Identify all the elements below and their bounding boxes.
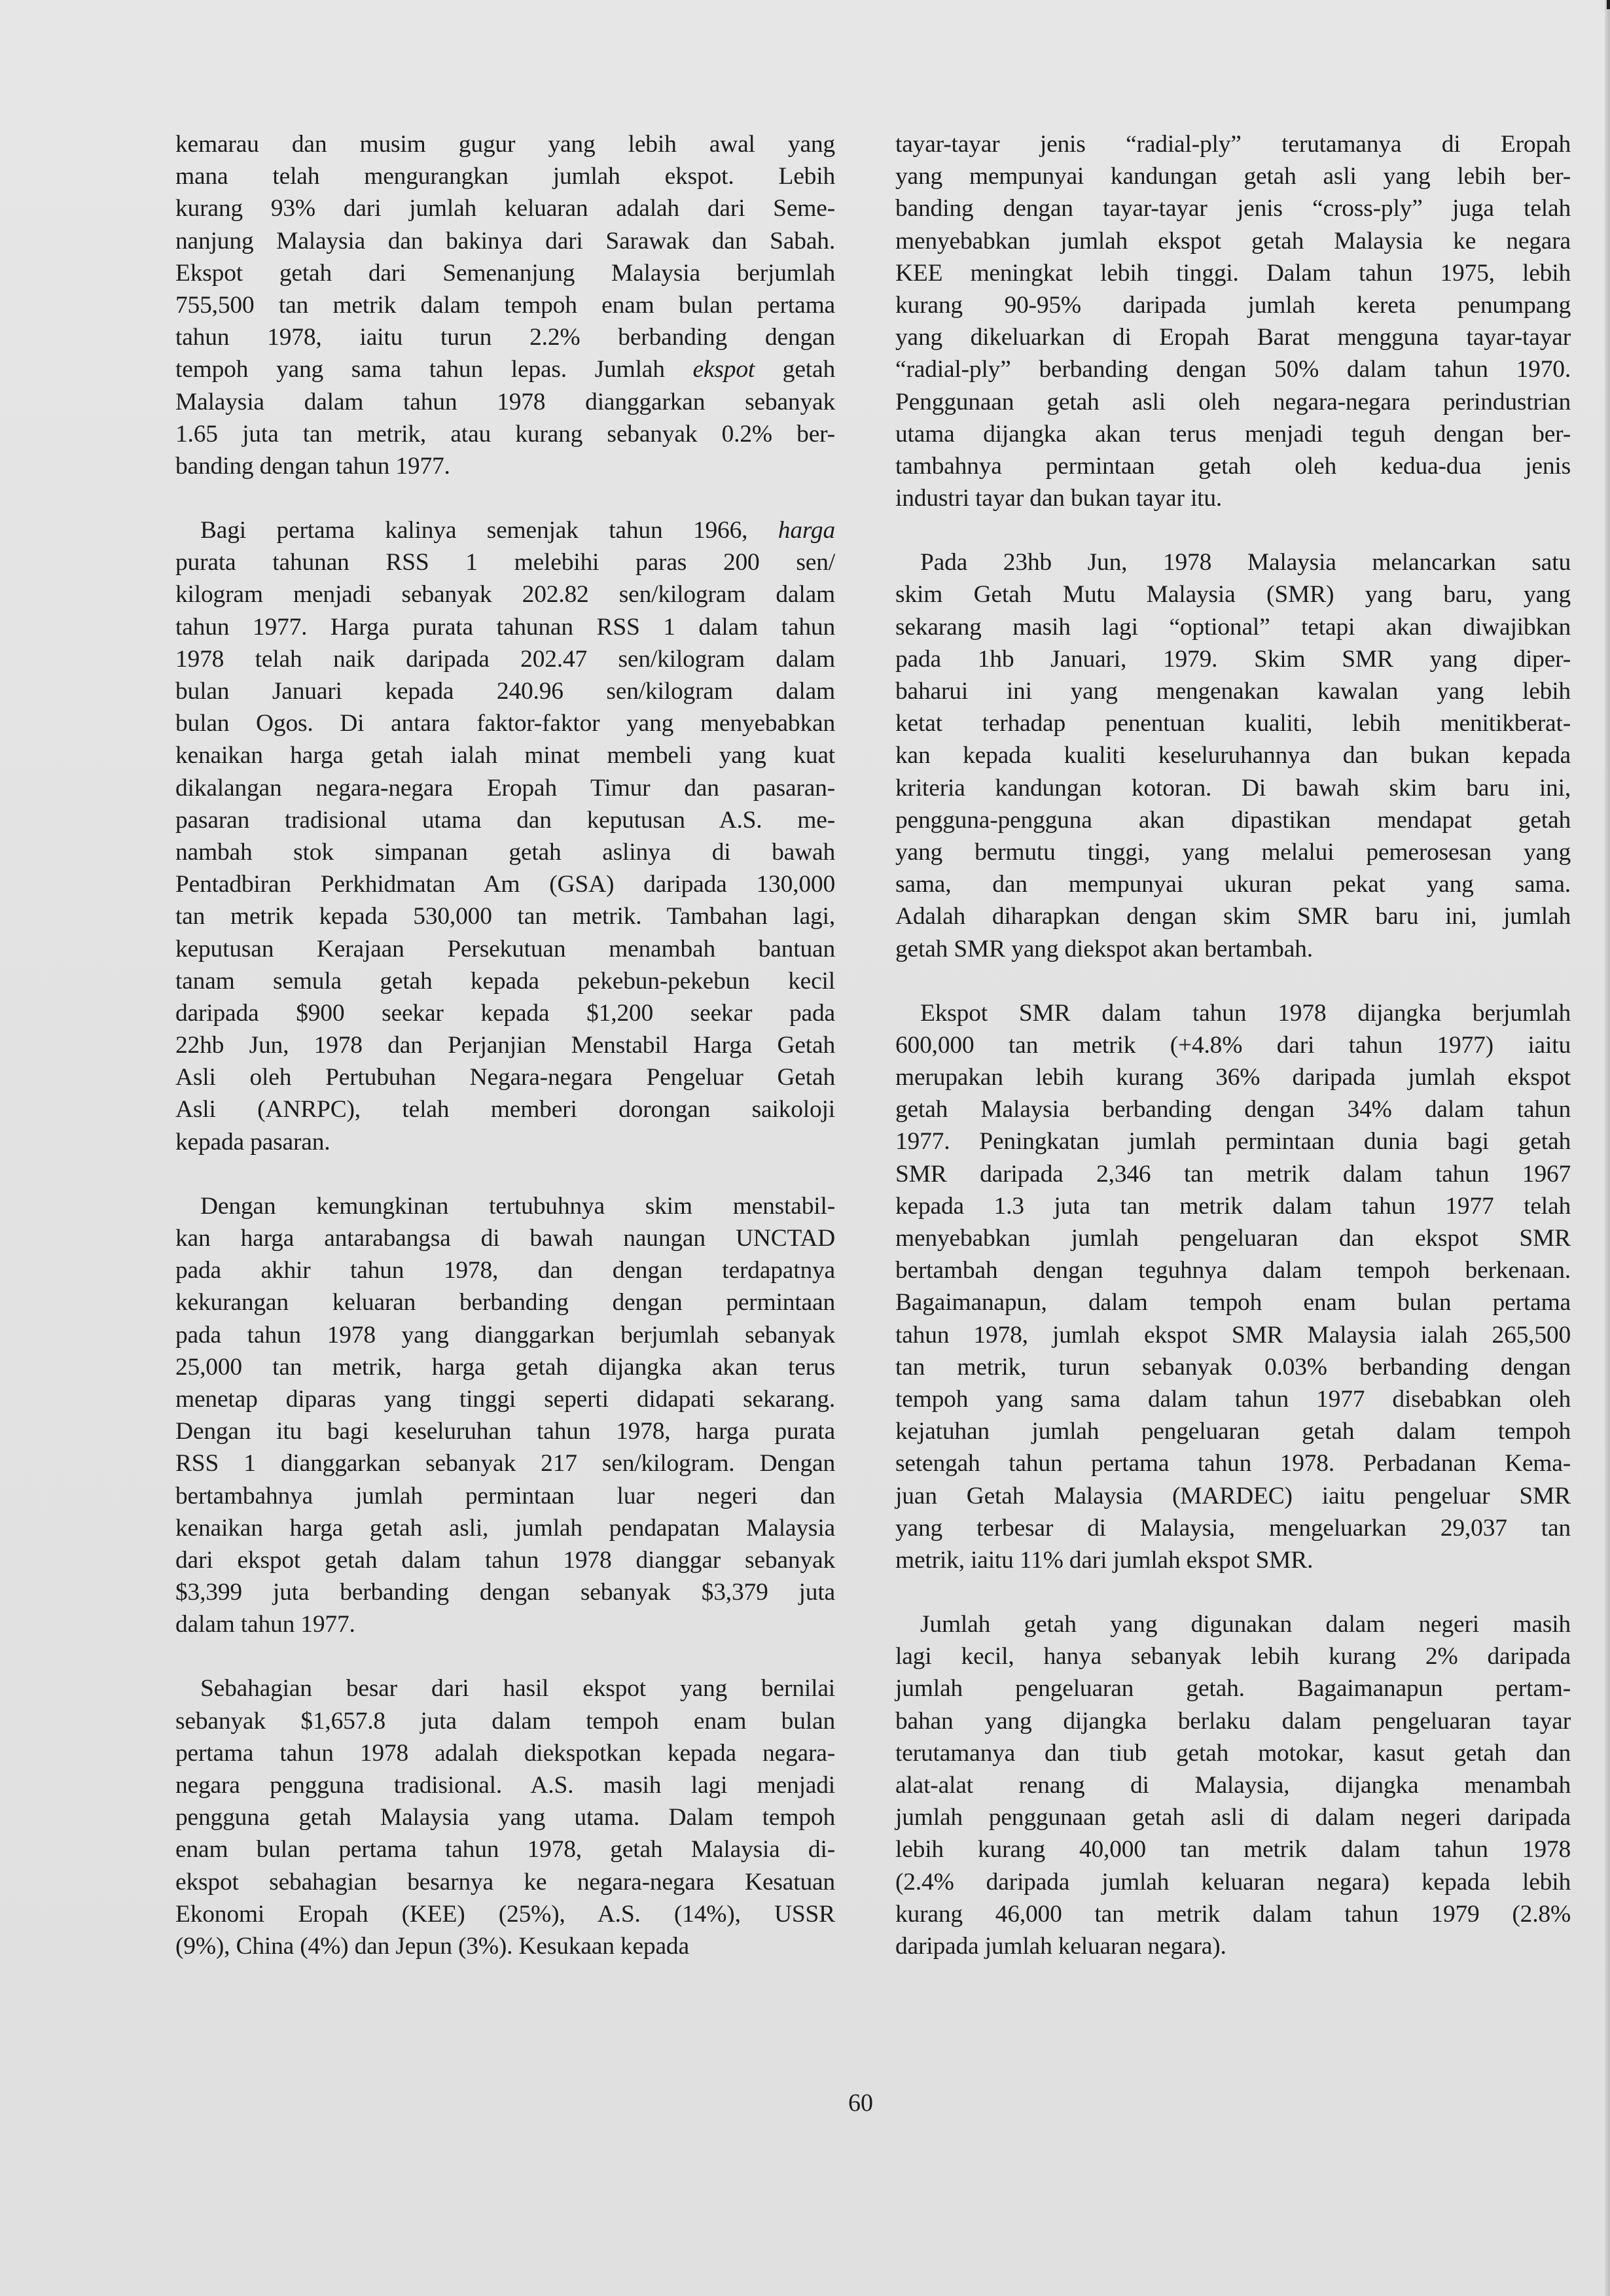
page-edge-mark <box>1607 0 1610 9</box>
text-line: tan metrik, turun sebanyak 0.03% berband… <box>895 1351 1571 1383</box>
text-line: pertama tahun 1978 adalah diekspotkan ke… <box>175 1737 835 1769</box>
text-line: kenaikan harga getah asli, jumlah pendap… <box>175 1512 835 1544</box>
text-line: Jumlah getah yang digunakan dalam negeri… <box>895 1608 1571 1640</box>
text-line: setengah tahun pertama tahun 1978. Perba… <box>895 1447 1571 1479</box>
text-line: bulan Januari kepada 240.96 sen/kilogram… <box>175 675 835 707</box>
emphasis: ekspot <box>692 356 755 383</box>
text-line: (9%), China (4%) dan Jepun (3%). Kesukaa… <box>175 1930 835 1962</box>
text-line: pengguna getah Malaysia yang utama. Dala… <box>175 1801 835 1833</box>
text-line: utama dijangka akan terus menjadi teguh … <box>895 418 1571 450</box>
text-line: kekurangan keluaran berbanding dengan pe… <box>175 1286 835 1318</box>
paragraph: Sebahagian besar dari hasil ekspot yang … <box>175 1672 835 1962</box>
text-line: tempoh yang sama dalam tahun 1977 diseba… <box>895 1383 1571 1415</box>
text-line: yang mempunyai kandungan getah asli yang… <box>895 160 1571 192</box>
text-line: 1977. Peningkatan jumlah permintaan duni… <box>895 1125 1571 1157</box>
text-line: dalam tahun 1977. <box>175 1608 835 1640</box>
text-line: kriteria kandungan kotoran. Di bawah ski… <box>895 772 1571 804</box>
text-line: bertambahnya jumlah permintaan luar nege… <box>175 1480 835 1512</box>
text-line: kemarau dan musim gugur yang lebih awal … <box>175 128 835 160</box>
text-line: kenaikan harga getah ialah minat membeli… <box>175 739 835 771</box>
text-line: kejatuhan jumlah pengeluaran getah dalam… <box>895 1415 1571 1447</box>
text-line: 600,000 tan metrik (+4.8% dari tahun 197… <box>895 1029 1571 1061</box>
text-line: metrik, iaitu 11% dari jumlah ekspot SMR… <box>895 1544 1571 1576</box>
paragraph: Pada 23hb Jun, 1978 Malaysia melancarkan… <box>895 546 1571 964</box>
text-line: Ekspot getah dari Semenanjung Malaysia b… <box>175 257 835 289</box>
text-line: dari ekspot getah dalam tahun 1978 diang… <box>175 1544 835 1576</box>
text-line: dikalangan negara-negara Eropah Timur da… <box>175 772 835 804</box>
text-line: Bagi pertama kalinya semenjak tahun 1966… <box>175 514 835 546</box>
text-line: Penggunaan getah asli oleh negara-negara… <box>895 386 1571 418</box>
emphasis: harga <box>778 517 835 544</box>
scanned-page: kemarau dan musim gugur yang lebih awal … <box>0 0 1610 2296</box>
text-line: jumlah penggunaan getah asli di dalam ne… <box>895 1801 1571 1833</box>
text-line: kurang 46,000 tan metrik dalam tahun 197… <box>895 1898 1571 1930</box>
text-line: jumlah pengeluaran getah. Bagaimanapun p… <box>895 1672 1571 1704</box>
text-line: menyebabkan jumlah pengeluaran dan ekspo… <box>895 1222 1571 1254</box>
text-line: kepada 1.3 juta tan metrik dalam tahun 1… <box>895 1190 1571 1222</box>
text-line: menyebabkan jumlah ekspot getah Malaysia… <box>895 225 1571 257</box>
text-line: alat-alat renang di Malaysia, dijangka m… <box>895 1769 1571 1801</box>
text-line: pada akhir tahun 1978, dan dengan terdap… <box>175 1254 835 1286</box>
text-line: terutamanya dan tiub getah motokar, kasu… <box>895 1737 1571 1769</box>
page-edge-shadow <box>1605 0 1610 2296</box>
paragraph: Ekspot SMR dalam tahun 1978 dijangka ber… <box>895 997 1571 1576</box>
text-line: 1.65 juta tan metrik, atau kurang sebany… <box>175 418 835 450</box>
text-line: Pada 23hb Jun, 1978 Malaysia melancarkan… <box>895 546 1571 578</box>
text-line: kurang 93% dari jumlah keluaran adalah d… <box>175 192 835 224</box>
text-line: Pentadbiran Perkhidmatan Am (GSA) daripa… <box>175 868 835 900</box>
text-line: nanjung Malaysia dan bakinya dari Sarawa… <box>175 225 835 257</box>
text-line: pengguna-pengguna akan dipastikan mendap… <box>895 804 1571 836</box>
text-line: nambah stok simpanan getah aslinya di ba… <box>175 836 835 868</box>
text-line: sekarang masih lagi “optional” tetapi ak… <box>895 611 1571 643</box>
text-line: pasaran tradisional utama dan keputusan … <box>175 804 835 836</box>
page-number: 60 <box>831 2089 890 2117</box>
text-line: kilogram menjadi sebanyak 202.82 sen/kil… <box>175 578 835 610</box>
paragraph: Bagi pertama kalinya semenjak tahun 1966… <box>175 514 835 1158</box>
text-line: purata tahunan RSS 1 melebihi paras 200 … <box>175 546 835 578</box>
paragraph: Jumlah getah yang digunakan dalam negeri… <box>895 1608 1571 1962</box>
text-line: tempoh yang sama tahun lepas. Jumlah eks… <box>175 353 835 385</box>
paragraph: kemarau dan musim gugur yang lebih awal … <box>175 128 835 482</box>
text-line: SMR daripada 2,346 tan metrik dalam tahu… <box>895 1158 1571 1190</box>
text-line: kurang 90-95% daripada jumlah kereta pen… <box>895 289 1571 321</box>
text-line: pada tahun 1978 yang dianggarkan berjuml… <box>175 1319 835 1351</box>
text-line: banding dengan tayar-tayar jenis “cross-… <box>895 192 1571 224</box>
text-line: lebih kurang 40,000 tan metrik dalam tah… <box>895 1833 1571 1865</box>
paragraph: tayar-tayar jenis “radial-ply” terutaman… <box>895 128 1571 514</box>
text-line: 22hb Jun, 1978 dan Perjanjian Menstabil … <box>175 1029 835 1061</box>
left-column: kemarau dan musim gugur yang lebih awal … <box>175 128 835 1962</box>
text-line: kan harga antarabangsa di bawah naungan … <box>175 1222 835 1254</box>
text-line: bertambah dengan teguhnya dalam tempoh b… <box>895 1254 1571 1286</box>
text-line: Dengan itu bagi keseluruhan tahun 1978, … <box>175 1415 835 1447</box>
text-line: industri tayar dan bukan tayar itu. <box>895 482 1571 514</box>
text-line: yang bermutu tinggi, yang melalui pemero… <box>895 836 1571 868</box>
text-line: menetap diparas yang tinggi seperti dida… <box>175 1383 835 1415</box>
text-line: juan Getah Malaysia (MARDEC) iaitu penge… <box>895 1480 1571 1512</box>
text-line: tanam semula getah kepada pekebun-pekebu… <box>175 965 835 997</box>
text-line: banding dengan tahun 1977. <box>175 450 835 482</box>
text-line: yang dikeluarkan di Eropah Barat menggun… <box>895 321 1571 353</box>
text-line: sama, dan mempunyai ukuran pekat yang sa… <box>895 868 1571 900</box>
text-line: merupakan lebih kurang 36% daripada juml… <box>895 1061 1571 1093</box>
text-line: baharui ini yang mengenakan kawalan yang… <box>895 675 1571 707</box>
text-line: RSS 1 dianggarkan sebanyak 217 sen/kilog… <box>175 1447 835 1479</box>
text-line: tahun 1978, iaitu turun 2.2% berbanding … <box>175 321 835 353</box>
paragraph: Dengan kemungkinan tertubuhnya skim mens… <box>175 1190 835 1641</box>
text-line: mana telah mengurangkan jumlah ekspot. L… <box>175 160 835 192</box>
text-line: Malaysia dalam tahun 1978 dianggarkan se… <box>175 386 835 418</box>
text-line: kan kepada kualiti keseluruhannya dan bu… <box>895 739 1571 771</box>
text-line: negara pengguna tradisional. A.S. masih … <box>175 1769 835 1801</box>
text-line: Adalah diharapkan dengan skim SMR baru i… <box>895 900 1571 932</box>
text-line: sebanyak $1,657.8 juta dalam tempoh enam… <box>175 1705 835 1737</box>
text-line: (2.4% daripada jumlah keluaran negara) k… <box>895 1866 1571 1898</box>
text-line: Dengan kemungkinan tertubuhnya skim mens… <box>175 1190 835 1222</box>
text-line: daripada $900 seekar kepada $1,200 seeka… <box>175 997 835 1029</box>
text-line: $3,399 juta berbanding dengan sebanyak $… <box>175 1576 835 1608</box>
text-line: getah SMR yang diekspot akan bertambah. <box>895 933 1571 965</box>
text-line: Asli (ANRPC), telah memberi dorongan sai… <box>175 1093 835 1125</box>
text-line: keputusan Kerajaan Persekutuan menambah … <box>175 933 835 965</box>
text-line: pada 1hb Januari, 1979. Skim SMR yang di… <box>895 643 1571 675</box>
text-line: bulan Ogos. Di antara faktor-faktor yang… <box>175 707 835 739</box>
text-line: Ekonomi Eropah (KEE) (25%), A.S. (14%), … <box>175 1898 835 1930</box>
text-line: Sebahagian besar dari hasil ekspot yang … <box>175 1672 835 1704</box>
text-line: tahun 1977. Harga purata tahunan RSS 1 d… <box>175 611 835 643</box>
text-line: “radial-ply” berbanding dengan 50% dalam… <box>895 353 1571 385</box>
text-line: tayar-tayar jenis “radial-ply” terutaman… <box>895 128 1571 160</box>
text-line: Asli oleh Pertubuhan Negara-negara Penge… <box>175 1061 835 1093</box>
text-line: tahun 1978, jumlah ekspot SMR Malaysia i… <box>895 1319 1571 1351</box>
text-line: ketat terhadap penentuan kualiti, lebih … <box>895 707 1571 739</box>
text-line: KEE meningkat lebih tinggi. Dalam tahun … <box>895 257 1571 289</box>
text-line: ekspot sebahagian besarnya ke negara-neg… <box>175 1866 835 1898</box>
text-line: bahan yang dijangka berlaku dalam pengel… <box>895 1705 1571 1737</box>
text-line: 755,500 tan metrik dalam tempoh enam bul… <box>175 289 835 321</box>
text-line: 25,000 tan metrik, harga getah dijangka … <box>175 1351 835 1383</box>
text-line: enam bulan pertama tahun 1978, getah Mal… <box>175 1833 835 1865</box>
text-line: Ekspot SMR dalam tahun 1978 dijangka ber… <box>895 997 1571 1029</box>
text-line: 1978 telah naik daripada 202.47 sen/kilo… <box>175 643 835 675</box>
text-line: lagi kecil, hanya sebanyak lebih kurang … <box>895 1640 1571 1672</box>
text-line: Bagaimanapun, dalam tempoh enam bulan pe… <box>895 1286 1571 1318</box>
text-line: tambahnya permintaan getah oleh kedua-du… <box>895 450 1571 482</box>
text-line: yang terbesar di Malaysia, mengeluarkan … <box>895 1512 1571 1544</box>
text-line: tan metrik kepada 530,000 tan metrik. Ta… <box>175 900 835 932</box>
text-line: kepada pasaran. <box>175 1126 835 1158</box>
right-column: tayar-tayar jenis “radial-ply” terutaman… <box>895 128 1571 1962</box>
text-line: getah Malaysia berbanding dengan 34% dal… <box>895 1093 1571 1125</box>
text-line: daripada jumlah keluaran negara). <box>895 1930 1571 1962</box>
text-line: skim Getah Mutu Malaysia (SMR) yang baru… <box>895 578 1571 610</box>
